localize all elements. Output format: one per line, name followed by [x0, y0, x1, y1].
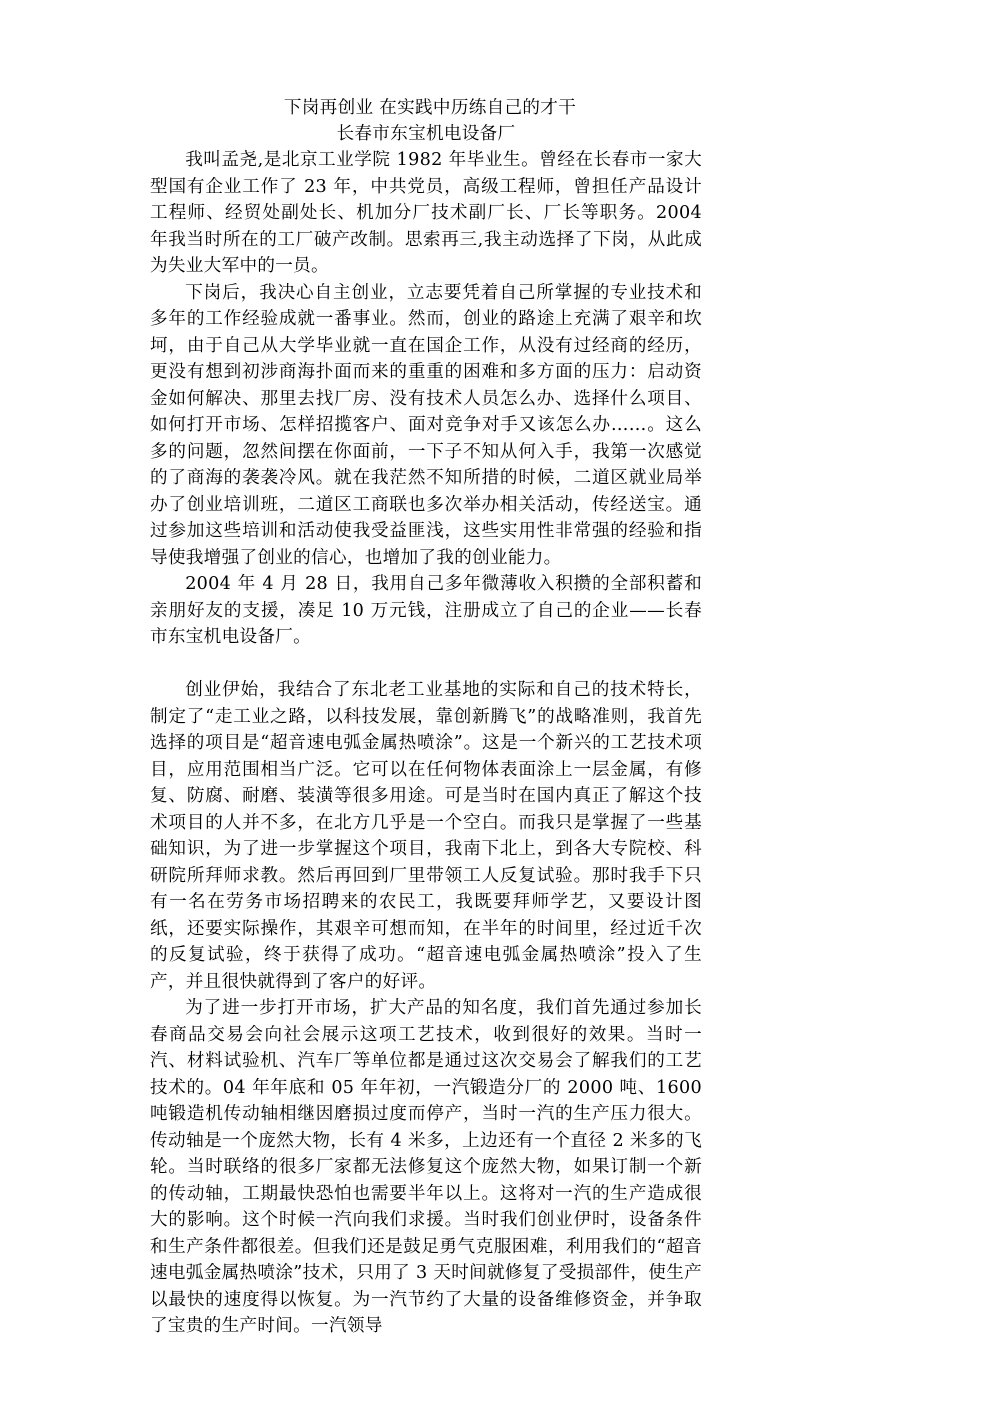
- blank-line: [150, 651, 702, 678]
- paragraph-introduction: 我叫孟尧,是北京工业学院 1982 年毕业生。曾经在长春市一家大型国有企业工作了…: [150, 147, 702, 280]
- paragraph-after-layoff: 下岗后，我决心自主创业，立志要凭着自己所掌握的专业技术和多年的工作经验成就一番事…: [150, 280, 702, 572]
- paragraph-founding: 2004 年 4 月 28 日，我用自己多年微薄收入积攒的全部积蓄和亲朋好友的支…: [150, 571, 702, 651]
- document-page: 下岗再创业 在实践中历练自己的才干 长春市东宝机电设备厂 我叫孟尧,是北京工业学…: [150, 95, 702, 1340]
- paragraph-early-business: 创业伊始，我结合了东北老工业基地的实际和自己的技术特长，制定了“走工业之路，以科…: [150, 677, 702, 995]
- document-title: 下岗再创业 在实践中历练自己的才干: [150, 95, 702, 121]
- document-subtitle: 长春市东宝机电设备厂: [150, 121, 702, 147]
- paragraph-market-expansion: 为了进一步打开市场，扩大产品的知名度，我们首先通过参加长春商品交易会向社会展示这…: [150, 995, 702, 1340]
